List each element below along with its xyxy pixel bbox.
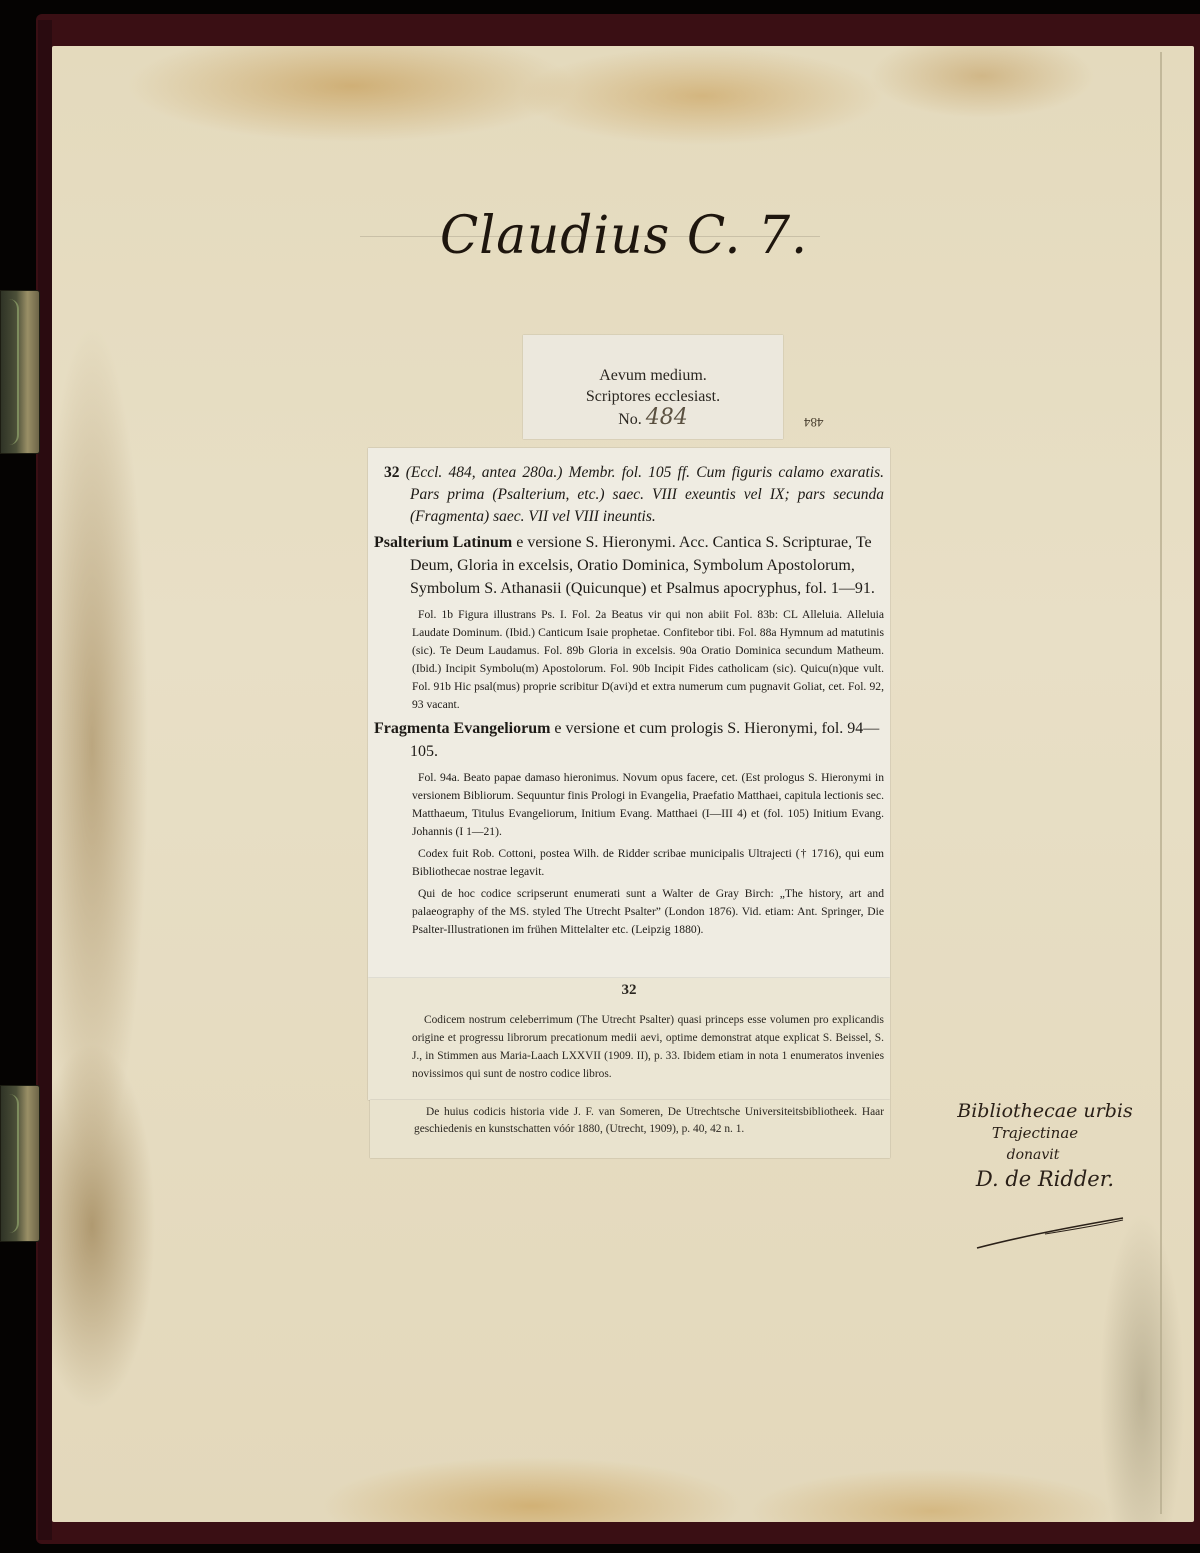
donation-line3: donavit [906,1144,1160,1166]
part1-heading: Psalterium Latinum e versione S. Hierony… [374,531,884,600]
signature-flourish-icon [975,1212,1125,1252]
supplement-number: 32 [374,982,884,999]
page-fold-line [1160,52,1162,1514]
collection-label-line1: Aevum medium. [523,365,783,386]
supplement-label: 32 Codicem nostrum celeberrimum (The Utr… [368,978,890,1100]
supplement-text: Codicem nostrum celeberrimum (The Utrech… [412,1011,884,1083]
provenance-note: Codex fuit Rob. Cottoni, postea Wilh. de… [374,845,884,881]
catalog-entry-label: 32 (Eccl. 484, antea 280a.) Membr. fol. … [368,448,890,978]
part1-note: Fol. 1b Figura illustrans Ps. I. Fol. 2a… [374,606,884,714]
brass-clasp-top [0,290,40,454]
brass-clasp-bottom [0,1085,40,1242]
binding-hinge [38,20,52,1540]
donation-line1: Bibliothecae urbis [930,1100,1160,1122]
inverted-pencil-note: 484 [804,414,824,430]
reference-label: De huius codicis historia vide J. F. van… [370,1100,890,1158]
entry-number: 32 [384,464,400,481]
shelfmark: Claudius C. 7. [440,205,808,266]
collection-label-line2: Scriptores ecclesiast. [523,386,783,407]
donation-line2: Trajectinae [910,1122,1160,1144]
collection-label: Aevum medium. Scriptores ecclesiast. No.… [523,335,783,439]
part2-heading: Fragmenta Evangeliorum e versione et cum… [374,717,884,763]
part2-note: Fol. 94a. Beato papae damaso hieronimus.… [374,769,884,841]
part2-title: Fragmenta Evangeliorum [374,720,550,737]
literature-note: Qui de hoc codice scripserunt enumerati … [374,885,884,939]
handwritten-number: 484 [646,405,688,430]
catalog-intro: 32 (Eccl. 484, antea 280a.) Membr. fol. … [374,462,884,528]
collection-label-number: No. 484 [523,407,783,430]
donation-line4: D. de Ridder. [930,1168,1160,1190]
donation-inscription: Bibliothecae urbis Trajectinae donavit D… [920,1100,1160,1190]
part1-title: Psalterium Latinum [374,534,512,551]
